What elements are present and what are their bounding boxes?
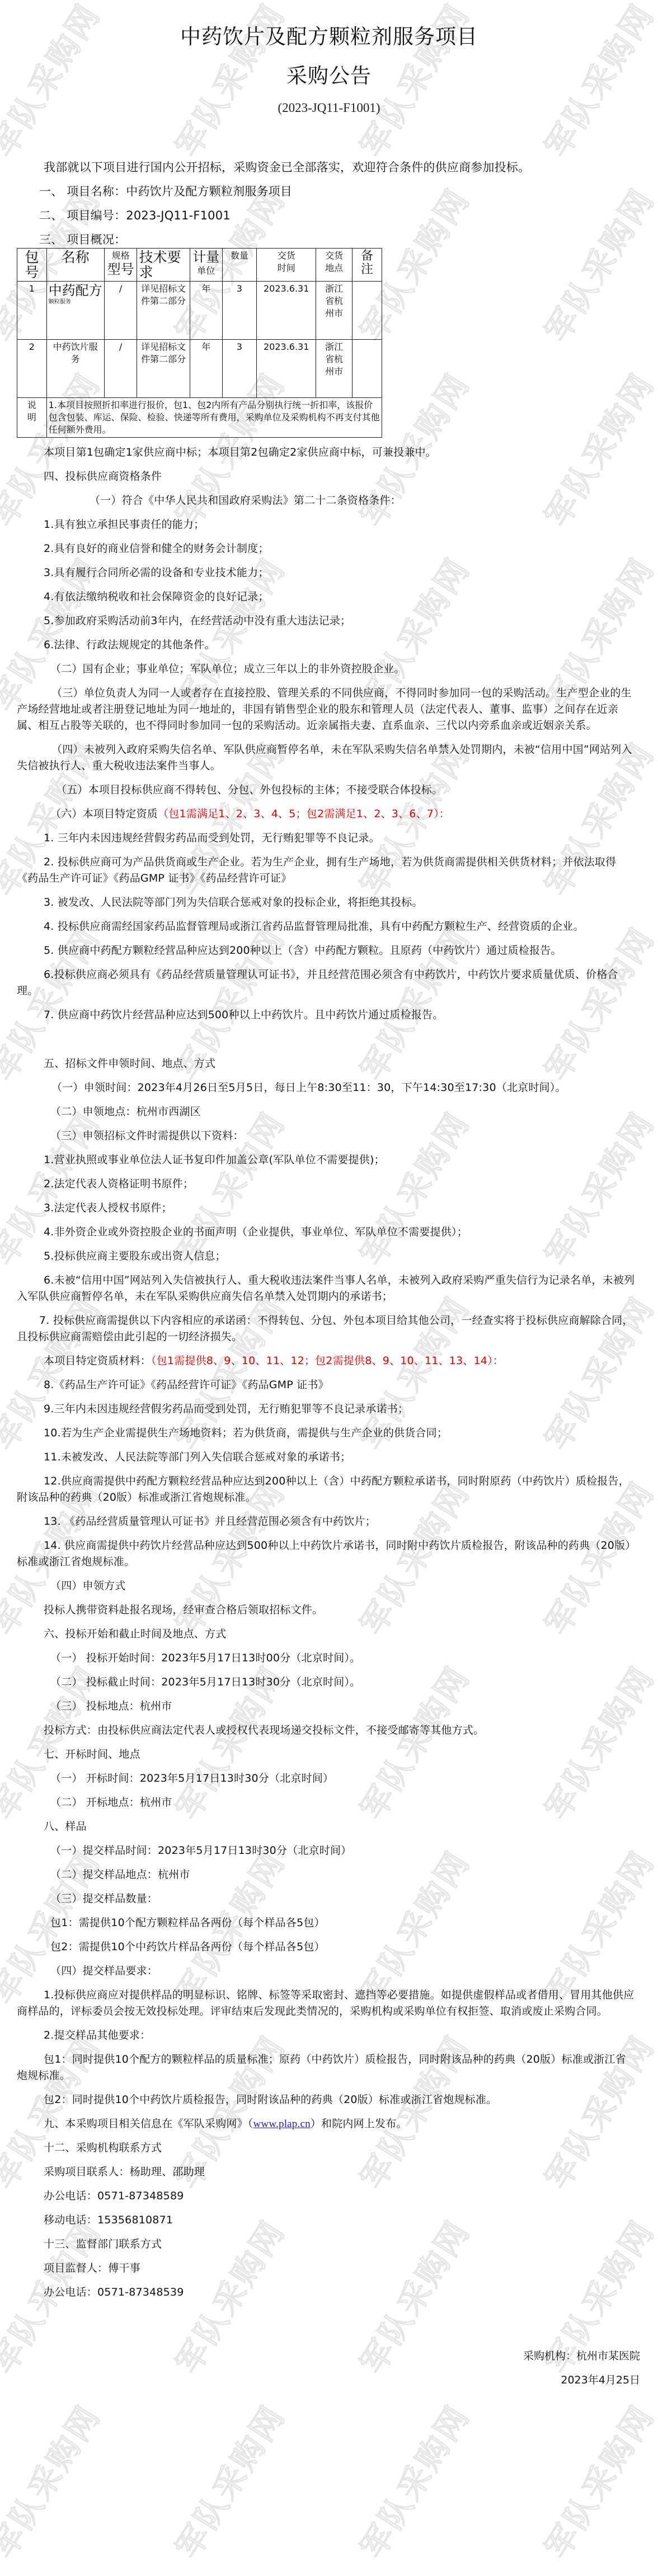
material-item: 3.法定代表人授权书原件； xyxy=(0,1196,658,1220)
section-8-pkg1-qty: 包1：需提供10个配方颗粒样品各两份（每个样品各5包） xyxy=(0,1911,658,1935)
cell-quantity: 3 xyxy=(222,340,256,398)
header-package-no: 包号 xyxy=(17,249,47,282)
qualification-item: 5.参加政府采购活动前3年内，在经营活动中没有重大违法记录； xyxy=(0,609,658,633)
material-item: 2.法定代表人资格证明书原件； xyxy=(0,1172,658,1196)
notes-label: 说明 xyxy=(17,398,47,438)
special-materials-highlight: （包1需提供8、9、10、11、12；包2需提供8、9、10、11、13、14）… xyxy=(151,1355,504,1367)
section-12-heading: 十二、采购机构联系方式 xyxy=(0,2136,658,2160)
page-title: 中药饮片及配方颗粒剂服务项目 xyxy=(0,21,658,53)
section-8-heading: 八、样品 xyxy=(0,1815,658,1839)
header-spec: 规格型号 xyxy=(104,249,137,282)
material-item: 4.非外资企业或外资控股企业的书面声明（企业提供，事业单位、军队单位不需要提供）… xyxy=(0,1220,658,1244)
cell-name: 中药饮片服务 xyxy=(46,340,104,398)
section-8-place: （二）提交样品地点：杭州市 xyxy=(0,1863,658,1887)
cell-quantity: 3 xyxy=(222,282,256,340)
header-delivery-time: 交货时间 xyxy=(257,249,316,282)
special-material-item: 12.供应商需提供中药配方颗粒经营品种应达到200种以上（含）中药配方颗粒承诺书… xyxy=(0,1469,658,1510)
section-8-pkg2-qty: 包2：需提供10个中药饮片样品各两份（每个样品各5包） xyxy=(0,1935,658,1959)
award-note: 本项目第1包确定1家供应商中标；本项目第2包确定2家供应商中标，可兼投兼中。 xyxy=(0,438,658,465)
watermark-text: 军队采购网 xyxy=(347,2394,479,2566)
special-materials-heading: 本项目特定资质材料：（包1需提供8、9、10、11、12；包2需提供8、9、10… xyxy=(0,1349,658,1373)
procurement-agency: 采购机构：杭州市某医院 xyxy=(0,2348,658,2364)
section-6-method: 投标方式：由投标供应商法定代表人或授权代表现场递交投标文件，不接受邮寄等其他方式… xyxy=(0,1718,658,1743)
cell-delivery-place: 浙江省杭州市 xyxy=(316,340,352,398)
cell-name: 中药配方颗粒服务 xyxy=(46,282,104,340)
special-material-item: 11.未被发改、人民法院等部门列入失信联合惩戒对象的承诺书； xyxy=(0,1445,658,1469)
page-subtitle: 采购公告 xyxy=(0,60,658,92)
section-13-heading: 十三、监督部门联系方式 xyxy=(0,2232,658,2256)
announcement-date: 2023年4月25日 xyxy=(0,2372,658,2388)
qualification-item: 1.具有独立承担民事责任的能力； xyxy=(0,513,658,537)
section-overview-heading: 三、 项目概况： xyxy=(0,228,658,248)
section-7-heading: 七、开标时间、地点 xyxy=(0,1743,658,1767)
section-4-sub2: （二）国有企业；事业单位；军队单位；成立三年以上的非外资控股企业。 xyxy=(0,657,658,681)
special-material-item: 14. 供应商需提供中药饮片经营品种应达到500种以上中药饮片承诺书，同时附中药… xyxy=(0,1534,658,1574)
notes-text: 1.本项目按照折扣率进行报价，包1、包2内所有产品分别执行统一折扣率，该报价包含… xyxy=(46,398,382,438)
table-row: 2 中药饮片服务 / 详见招标文件第二部分 年 3 2023.6.31 浙江省杭… xyxy=(17,340,382,398)
project-code: (2023-JQ11-F1001) xyxy=(0,101,658,115)
material-item: 7. 投标供应商需提供以下内容相应的承诺函：不得转包、分包、外包本项目给其他公司… xyxy=(0,1309,658,1349)
header-delivery-place: 交货地点 xyxy=(316,249,352,282)
watermark-text: 军队采购网 xyxy=(532,2394,658,2566)
section-4-sub1: （一）符合《中华人民共和国政府采购法》第二十二条资格条件： xyxy=(0,489,658,513)
special-qualification-item: 7. 供应商中药饮片经营品种应达到500种以上中药饮片。且中药饮片通过质检报告。 xyxy=(0,1003,658,1027)
cell-remarks xyxy=(352,282,382,340)
special-qualification-item: 2. 投标供应商可为产品供货商或生产企业。若为生产企业，拥有生产场地，若为供货商… xyxy=(0,850,658,891)
cell-package-no: 1 xyxy=(17,282,47,340)
section-8-req1: 1.投标供应商应对提供样品的明显标识、铭牌、标签等采取密封、遮挡等必要措施。如提… xyxy=(0,1983,658,2024)
project-overview-table: 包号 名称 规格型号 技术要求 计量单位 数量 交货时间 交货地点 备注 1 中… xyxy=(17,248,382,438)
material-item: 1.营业执照或事业单位法人证书复印件加盖公章(军队单位不需要提供)； xyxy=(0,1148,658,1172)
section-5-place: （二）申领地点：杭州市西湖区 xyxy=(0,1100,658,1124)
table-row: 1 中药配方颗粒服务 / 详见招标文件第二部分 年 3 2023.6.31 浙江… xyxy=(17,282,382,340)
plap-website-link[interactable]: www.plap.cn xyxy=(253,2118,311,2130)
procurement-mobile-phone: 移动电话：15356810871 xyxy=(0,2208,658,2232)
sub6-requirement-highlight: （包1需满足1、2、3、4、5；包2需满足1、2、3、6、7）： xyxy=(158,808,450,820)
special-qualification-item: 4. 投标供应商需经国家药品监督管理局或浙江省药品监督管理局批准，具有中药配方颗… xyxy=(0,915,658,939)
section-7-place: （二） 开标地点：杭州市 xyxy=(0,1791,658,1815)
section-4-sub4: （四）未被列入政府采购失信名单、军队供应商暂停名单，未在军队采购失信名单禁入处罚… xyxy=(0,738,658,778)
material-item: 6.未被“信用中国”网站列入失信被执行人、重大税收违法案件当事人名单，未被列入政… xyxy=(0,1268,658,1309)
section-5-time: （一）申领时间：2023年4月26日至5月5日，每日上午8:30至11：30，下… xyxy=(0,1076,658,1100)
procurement-contact: 采购项目联系人：杨助理、邵助理 xyxy=(0,2160,658,2184)
header-remarks: 备注 xyxy=(352,249,382,282)
watermark-text: 军队采购网 xyxy=(162,2394,294,2566)
section-4-heading: 四、投标供应商资格条件 xyxy=(0,465,658,489)
special-qualification-item: 3. 被发改、人民法院等部门列为失信联合惩戒对象的投标企业，将拒绝其投标。 xyxy=(0,891,658,915)
section-8-req-heading: （四）提交样品要求： xyxy=(0,1959,658,1983)
cell-remarks xyxy=(352,340,382,398)
material-item: 5.投标供应商主要股东或出资人信息； xyxy=(0,1244,658,1268)
cell-spec: / xyxy=(104,340,137,398)
announcement-document: 中药饮片及配方颗粒剂服务项目 采购公告 (2023-JQ11-F1001) 我部… xyxy=(0,0,658,2388)
cell-unit: 年 xyxy=(190,340,222,398)
cell-spec: / xyxy=(104,282,137,340)
table-header-row: 包号 名称 规格型号 技术要求 计量单位 数量 交货时间 交货地点 备注 xyxy=(17,249,382,282)
section-9: 九、本采购项目相关信息在《军队采购网》（www.plap.cn）和院内网上发布。 xyxy=(0,2112,658,2136)
section-project-name: 一、 项目名称：中药饮片及配方颗粒剂服务项目 xyxy=(0,180,658,204)
cell-tech: 详见招标文件第二部分 xyxy=(137,340,190,398)
section-4-sub3: （三）单位负责人为同一人或者存在直接控股、管理关系的不同供应商，不得同时参加同一… xyxy=(0,681,658,738)
cell-delivery-time: 2023.6.31 xyxy=(257,340,316,398)
section-8-time: （一）提交样品时间：2023年5月17日13时30分（北京时间） xyxy=(0,1839,658,1863)
cell-package-no: 2 xyxy=(17,340,47,398)
cell-delivery-place: 浙江省杭州市 xyxy=(316,282,352,340)
header-unit: 计量单位 xyxy=(190,249,222,282)
special-material-item: 9.三年内未因违规经营假劣药品而受到处罚，无行贿犯罪等不良记录承诺书； xyxy=(0,1397,658,1421)
section-4-sub6: （六）本项目特定资质（包1需满足1、2、3、4、5；包2需满足1、2、3、6、7… xyxy=(0,802,658,826)
special-qualification-item: 5. 供应商中药配方颗粒经营品种应达到200种以上（含）中药配方颗粒。且原药（中… xyxy=(0,939,658,963)
section-5-method-text: 投标人携带资料赴报名现场，经审查合格后领取招标文件。 xyxy=(0,1598,658,1622)
section-8-qty-heading: （三）提交样品数量： xyxy=(0,1887,658,1911)
supervisor-office-phone: 办公电话：0571-87348539 xyxy=(0,2280,658,2305)
cell-delivery-time: 2023.6.31 xyxy=(257,282,316,340)
intro-paragraph: 我部就以下项目进行国内公开招标，采购资金已全部落实，欢迎符合条件的供应商参加投标… xyxy=(0,156,658,180)
section-5-method-heading: （四）申领方式 xyxy=(0,1574,658,1598)
section-8-req2-pkg1: 包1：同时提供10个配方的颗粒样品的质量标准；原药（中药饮片）质检报告，同时附该… xyxy=(0,2048,658,2088)
section-project-number: 二、 项目编号：2023-JQ11-F1001 xyxy=(0,204,658,228)
qualification-item: 4.有依法缴纳税收和社会保障资金的良好记录； xyxy=(0,585,658,609)
watermark-text: 军队采购网 xyxy=(0,2394,110,2566)
special-qualification-item: 6.投标供应商必须具有《药品经营质量管理认可证书》，并且经营范围必须含有中药饮片… xyxy=(0,963,658,1003)
section-7-time: （一） 开标时间：2023年5月17日13时30分（北京时间） xyxy=(0,1767,658,1791)
qualification-item: 3.具有履行合同所必需的设备和专业技术能力； xyxy=(0,561,658,585)
section-6-heading: 六、投标开始和截止时间及地点、方式 xyxy=(0,1622,658,1646)
section-6-end: （二） 投标截止时间：2023年5月17日13时30分（北京时间）。 xyxy=(0,1670,658,1694)
section-6-place: （三） 投标地点：杭州市 xyxy=(0,1694,658,1718)
cell-unit: 年 xyxy=(190,282,222,340)
section-6-start: （一） 投标开始时间：2023年5月17日13时00分（北京时间）。 xyxy=(0,1646,658,1670)
special-material-item: 8.《药品生产许可证》《药品经营许可证》《药品GMP 证书》 xyxy=(0,1373,658,1397)
header-tech-requirements: 技术要求 xyxy=(137,249,190,282)
procurement-office-phone: 办公电话：0571-87348589 xyxy=(0,2184,658,2208)
cell-tech: 详见招标文件第二部分 xyxy=(137,282,190,340)
special-material-item: 13. 《药品经营质量管理认可证书》并且经营范围必须含有中药饮片； xyxy=(0,1510,658,1534)
special-qualification-item: 1. 三年内未因违规经营假劣药品而受到处罚，无行贿犯罪等不良记录。 xyxy=(0,826,658,850)
special-material-item: 10.若为生产企业需提供生产场地资料；若为供货商，需提供与生产企业的供货合同； xyxy=(0,1421,658,1445)
section-5-heading: 五、招标文件申领时间、地点、方式 xyxy=(0,1052,658,1076)
section-8-req2-pkg2: 包2：同时提供10个中药饮片质检报告，同时附该品种的药典（20版）标准或浙江省炮… xyxy=(0,2088,658,2112)
qualification-item: 2.具有良好的商业信誉和健全的财务会计制度； xyxy=(0,537,658,561)
section-8-req2-heading: 2.提交样品其他要求： xyxy=(0,2024,658,2048)
section-4-sub5: （五）本项目投标供应商不得转包、分包、外包投标的主体；不接受联合体投标。 xyxy=(0,778,658,802)
supervisor-name: 项目监督人：傅干事 xyxy=(0,2256,658,2280)
section-5-materials-heading: （三）申领招标文件时需提供以下资料： xyxy=(0,1124,658,1148)
table-notes-row: 说明 1.本项目按照折扣率进行报价，包1、包2内所有产品分别执行统一折扣率，该报… xyxy=(17,398,382,438)
header-quantity: 数量 xyxy=(222,249,256,282)
header-name: 名称 xyxy=(46,249,104,282)
qualification-item: 6.法律、行政法规规定的其他条件。 xyxy=(0,633,658,657)
